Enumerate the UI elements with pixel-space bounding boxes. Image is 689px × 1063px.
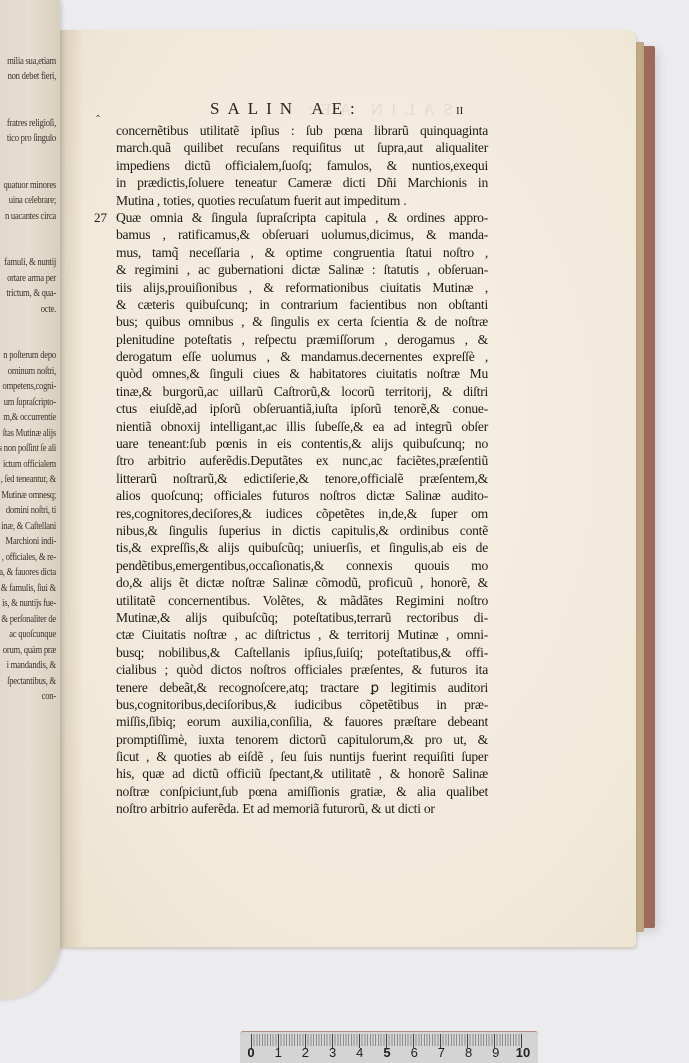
left-page-line: ictum officialem bbox=[0, 457, 56, 473]
left-page-line: non debet fieri, bbox=[0, 69, 56, 85]
left-page-line bbox=[0, 162, 56, 178]
ruler-label: 6 bbox=[411, 1045, 418, 1060]
left-page-line: inæ, & Caſtellani bbox=[0, 519, 56, 535]
text-line: march.quã quilibet recuſans requiſitus u… bbox=[116, 139, 488, 156]
left-page-line bbox=[0, 240, 56, 256]
text-line: Quæ omnia & ſingula ſupraſcripta capitul… bbox=[116, 209, 488, 226]
text-line: plenitudine poteſtatis , reſpectu præmiſ… bbox=[116, 331, 488, 348]
text-line: ctæ Ciuitatis noſtræ , ac diſtrictus , &… bbox=[116, 626, 488, 643]
left-page-line: i mandandis, & bbox=[0, 658, 56, 674]
text-line: pendẽtibus,emergentibus,occaſionatis,& c… bbox=[116, 557, 488, 574]
text-line: & cæteris quibuſcunq; in contrarium faci… bbox=[116, 296, 488, 313]
ruler-label: 9 bbox=[492, 1045, 499, 1060]
text-line: do,& alijs ẽt dictæ noſtræ Salinæ cõmodũ… bbox=[116, 574, 488, 591]
left-page-line: um ſupraſcripto- bbox=[0, 395, 56, 411]
text-line: noſtræ conſpiciunt,ſub pœna amiſſionis g… bbox=[116, 783, 488, 800]
left-page-line: ſpectantibus, & bbox=[0, 674, 56, 690]
page-title: SALIN AE: bbox=[210, 99, 363, 119]
ruler-label: 1 bbox=[275, 1045, 282, 1060]
head-mark: ‸ bbox=[96, 103, 100, 118]
paragraph-number: 27 bbox=[94, 209, 107, 226]
text-line: impediens dictũ officialem,ſuoſq; famulo… bbox=[116, 157, 488, 174]
text-line: miſſis,ſibiq; eorum auxilia,conſilia, & … bbox=[116, 713, 488, 730]
left-page-line: & perſonaliter de bbox=[0, 612, 56, 628]
left-page-line: tico pro ſingulo bbox=[0, 131, 56, 147]
text-line: uare teneant:ſub pœnis in eis contentis,… bbox=[116, 435, 488, 452]
text-line: in prædictis,ſoluere teneatur Cameræ dic… bbox=[116, 174, 488, 191]
left-page-line: fratres religioſi, bbox=[0, 116, 56, 132]
left-page-line bbox=[0, 333, 56, 349]
scale-ruler: 012345678910 bbox=[240, 1031, 538, 1063]
text-line: concernẽtibus utilitatẽ ipſius : ſub pœn… bbox=[116, 122, 488, 139]
left-page-line: orum, quàm præ bbox=[0, 643, 56, 659]
ruler-label: 0 bbox=[247, 1045, 254, 1060]
text-line: litterarũ noſtrarũ,& edictiſerie,& tenor… bbox=[116, 470, 488, 487]
ruler-label: 2 bbox=[302, 1045, 309, 1060]
left-page-line: domini noſtri, ti bbox=[0, 503, 56, 519]
text-line: alios quoſcunq; officiales futuros noſtr… bbox=[116, 487, 488, 504]
left-page-line: m,& occurrentie bbox=[0, 410, 56, 426]
left-page-line: & famulis, ſiui & bbox=[0, 581, 56, 597]
text-line: res,cognitores,deciſores,& iudices cõpet… bbox=[116, 505, 488, 522]
ruler-label: 5 bbox=[383, 1045, 390, 1060]
left-page-line: ortare arma per bbox=[0, 271, 56, 287]
text-line: & regimini , ac gubernationi dictæ Salin… bbox=[116, 261, 488, 278]
ruler-label: 10 bbox=[516, 1045, 530, 1060]
left-page-line: Marchioni indi- bbox=[0, 534, 56, 550]
text-line: utilitatẽ concernentibus. Volẽtes, & mãd… bbox=[116, 592, 488, 609]
main-text-block: concernẽtibus utilitatẽ ipſius : ſub pœn… bbox=[116, 122, 488, 818]
text-line: bus; quibus omnibus , & ſingulis ex cert… bbox=[116, 313, 488, 330]
text-line: tiis alijs,prouiſionibus , & reformation… bbox=[116, 279, 488, 296]
left-page-line: n poſterum depo bbox=[0, 348, 56, 364]
text-line: derogatum eſſe uolumus , & mandamus.dece… bbox=[116, 348, 488, 365]
left-page-line: ac quoſcunque bbox=[0, 627, 56, 643]
left-page-line: a, & fauores dicta bbox=[0, 565, 56, 581]
left-page-line: trictum, & qua- bbox=[0, 286, 56, 302]
folio-number: II bbox=[456, 105, 463, 117]
left-page-line: s non poſſint ſe ali bbox=[0, 441, 56, 457]
left-page-line: is, & nuntijs fue- bbox=[0, 596, 56, 612]
left-page-line: , ſed teneantur, & bbox=[0, 472, 56, 488]
left-page-line bbox=[0, 100, 56, 116]
ruler-label: 7 bbox=[438, 1045, 445, 1060]
text-line: nibus,& ſingulis ſuperius in dictis capi… bbox=[116, 522, 488, 539]
text-line: Mutina , toties, quoties recuſatum fueri… bbox=[116, 192, 488, 209]
text-line: mus, tamq̃ neceſſaria , & optime congrue… bbox=[116, 244, 488, 261]
left-page-line bbox=[0, 224, 56, 240]
left-page-line: ompetens,cogni- bbox=[0, 379, 56, 395]
text-line: cialibus ; quòd dictos noſtros officiale… bbox=[116, 661, 488, 678]
left-page-line bbox=[0, 38, 56, 54]
left-page-line: milia sua,etiam bbox=[0, 54, 56, 70]
text-line: ſicut , & quoties ab eiſdẽ , ſeu ſuis nu… bbox=[116, 748, 488, 765]
left-page-line: octe. bbox=[0, 302, 56, 318]
left-page-line bbox=[0, 317, 56, 333]
text-line: noſtro arbitrio auferẽda. Et ad memoriã … bbox=[116, 800, 488, 817]
left-page-line bbox=[0, 147, 56, 163]
text-line: quòd omnes,& ſinguli ciues & habitatores… bbox=[116, 365, 488, 382]
ruler-label: 8 bbox=[465, 1045, 472, 1060]
gutter-shadow bbox=[58, 30, 84, 947]
text-line: ctus eiuſdẽ,ad ipſorũ obſeruantiã,iuſta … bbox=[116, 400, 488, 417]
left-page-line: n uacantes circa bbox=[0, 209, 56, 225]
left-page-line: con- bbox=[0, 689, 56, 705]
left-page-line bbox=[0, 85, 56, 101]
left-page-line: uina celebrare; bbox=[0, 193, 56, 209]
ruler-label: 3 bbox=[329, 1045, 336, 1060]
left-page-fragment: milia sua,etiamnon debet fieri,fratres r… bbox=[0, 0, 60, 1000]
left-page-line: , officiales, & re- bbox=[0, 550, 56, 566]
text-line: bus,cognitoribus,deciſoribus,& iudicibus… bbox=[116, 696, 488, 713]
text-line: tinæ,& burgorũ,ac uillarũ Caſtrorũ,& loc… bbox=[116, 383, 488, 400]
text-line: bamus , ratificamus,& obſeruari uolumus,… bbox=[116, 226, 488, 243]
left-page-line: famuli, & nuntij bbox=[0, 255, 56, 271]
ruler-label: 4 bbox=[356, 1045, 363, 1060]
left-page-text: milia sua,etiamnon debet fieri,fratres r… bbox=[0, 38, 56, 705]
ruler-labels: 012345678910 bbox=[240, 1045, 538, 1063]
text-line: promptiſſimè, iuxta tenorem dictorũ capi… bbox=[116, 731, 488, 748]
text-line: ſtro arbitrio auferẽdis.Deputãtes ex nun… bbox=[116, 452, 488, 469]
text-line: nientiã obnoxij intelligant,ac illis ſub… bbox=[116, 418, 488, 435]
left-page-line: Mutinæ omnesq; bbox=[0, 488, 56, 504]
left-page-line: quatuor minores bbox=[0, 178, 56, 194]
left-page-line: ominum noſtri, bbox=[0, 364, 56, 380]
text-line: his, quæ ad dictũ officiũ ſpectant,& uti… bbox=[116, 765, 488, 782]
left-page-line: ſtas Mutinæ alijs bbox=[0, 426, 56, 442]
text-line: busq; nobilibus,& Caſtellanis ipſius,ſui… bbox=[116, 644, 488, 661]
text-line: tenere debeãt,& recognoſcere,atq; tracta… bbox=[116, 679, 488, 696]
text-line: tis,& expreſſis,& alijs quibuſcũq; uniue… bbox=[116, 539, 488, 556]
text-line: Mutinæ,& alijs quibuſcũq; poteſtatibus,t… bbox=[116, 609, 488, 626]
